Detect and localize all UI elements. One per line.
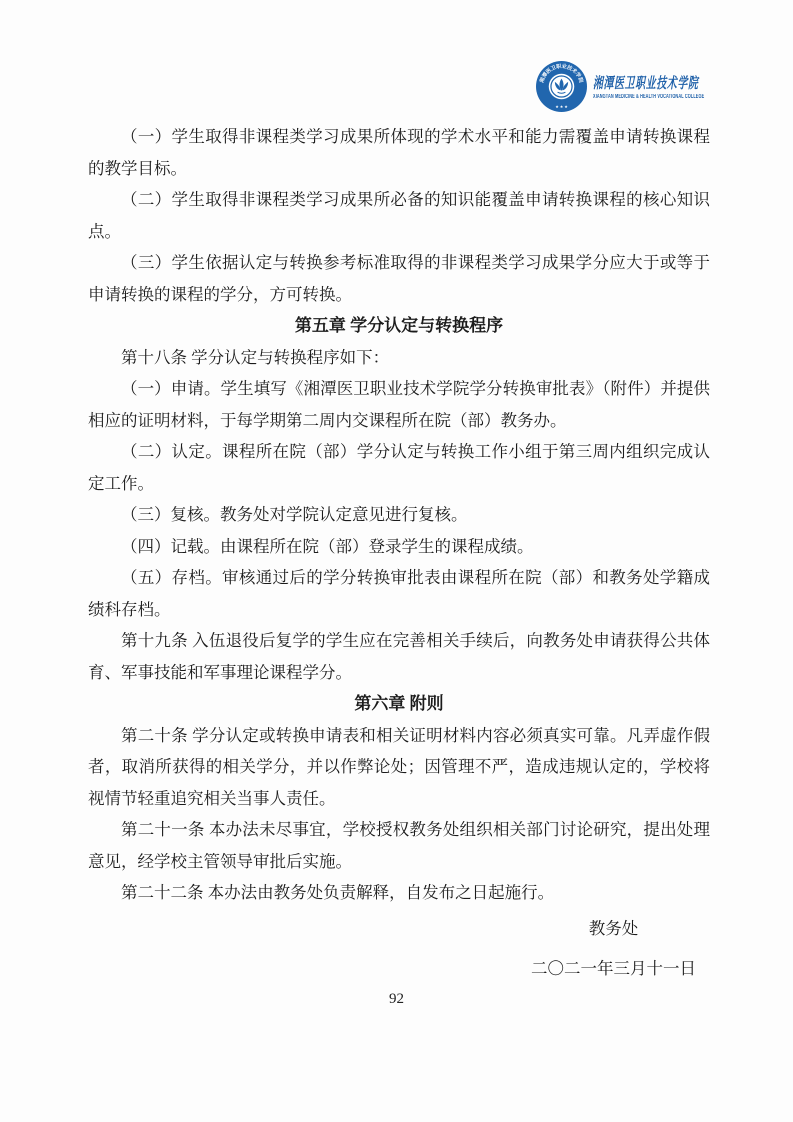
signature-department: 教务处 xyxy=(531,909,696,949)
svg-text:★ ★ ★: ★ ★ ★ xyxy=(555,105,568,109)
document-page: 湘潭医卫职业技术学院 ★ ★ ★ 湘潭医卫职业技术学院 XIANGTAN MED… xyxy=(0,0,793,1122)
body-paragraph: （二）认定。课程所在院（部）学分认定与转换工作小组于第三周内组织完成认定工作。 xyxy=(88,436,710,499)
body-paragraph: （二）学生取得非课程类学习成果所必备的知识能覆盖申请转换课程的核心知识点。 xyxy=(88,184,710,247)
college-logo: 湘潭医卫职业技术学院 ★ ★ ★ 湘潭医卫职业技术学院 XIANGTAN MED… xyxy=(536,61,767,112)
signature-date: 二〇二一年三月十一日 xyxy=(531,949,696,989)
college-name-en: XIANGTAN MEDICINE & HEALTH VOCATIONAL CO… xyxy=(593,94,704,100)
body-paragraph: 第二十条 学分认定或转换申请表和相关证明材料内容必须真实可靠。凡弄虚作假者，取消… xyxy=(88,720,710,815)
chapter-heading: 第五章 学分认定与转换程序 xyxy=(88,310,710,342)
body-paragraph: 第二十一条 本办法未尽事宜，学校授权教务处组织相关部门讨论研究，提出处理意见，经… xyxy=(88,814,710,877)
body-paragraph: （三）学生依据认定与转换参考标准取得的非课程类学习成果学分应大于或等于申请转换的… xyxy=(88,247,710,310)
college-logo-text: 湘潭医卫职业技术学院 XIANGTAN MEDICINE & HEALTH VO… xyxy=(593,73,767,100)
signature-block: 教务处 二〇二一年三月十一日 xyxy=(531,909,696,989)
college-emblem-icon: 湘潭医卫职业技术学院 ★ ★ ★ xyxy=(536,61,587,112)
college-name-zh: 湘潭医卫职业技术学院 xyxy=(593,73,708,96)
body-paragraph: （一）学生取得非课程类学习成果所体现的学术水平和能力需覆盖申请转换课程的教学目标… xyxy=(88,121,710,184)
body-paragraph: 第二十二条 本办法由教务处负责解释，自发布之日起施行。 xyxy=(88,877,710,909)
document-body: （一）学生取得非课程类学习成果所体现的学术水平和能力需覆盖申请转换课程的教学目标… xyxy=(88,121,710,989)
body-paragraph: （三）复核。教务处对学院认定意见进行复核。 xyxy=(88,499,710,531)
body-paragraph: （一）申请。学生填写《湘潭医卫职业技术学院学分转换审批表》（附件）并提供相应的证… xyxy=(88,373,710,436)
chapter-heading: 第六章 附则 xyxy=(88,688,710,720)
body-paragraph: 第十九条 入伍退役后复学的学生应在完善相关手续后，向教务处申请获得公共体育、军事… xyxy=(88,625,710,688)
body-paragraph: （四）记载。由课程所在院（部）登录学生的课程成绩。 xyxy=(88,531,710,563)
page-number: 92 xyxy=(0,991,793,1008)
body-paragraph: （五）存档。审核通过后的学分转换审批表由课程所在院（部）和教务处学籍成绩科存档。 xyxy=(88,562,710,625)
body-paragraph: 第十八条 学分认定与转换程序如下： xyxy=(88,342,710,374)
